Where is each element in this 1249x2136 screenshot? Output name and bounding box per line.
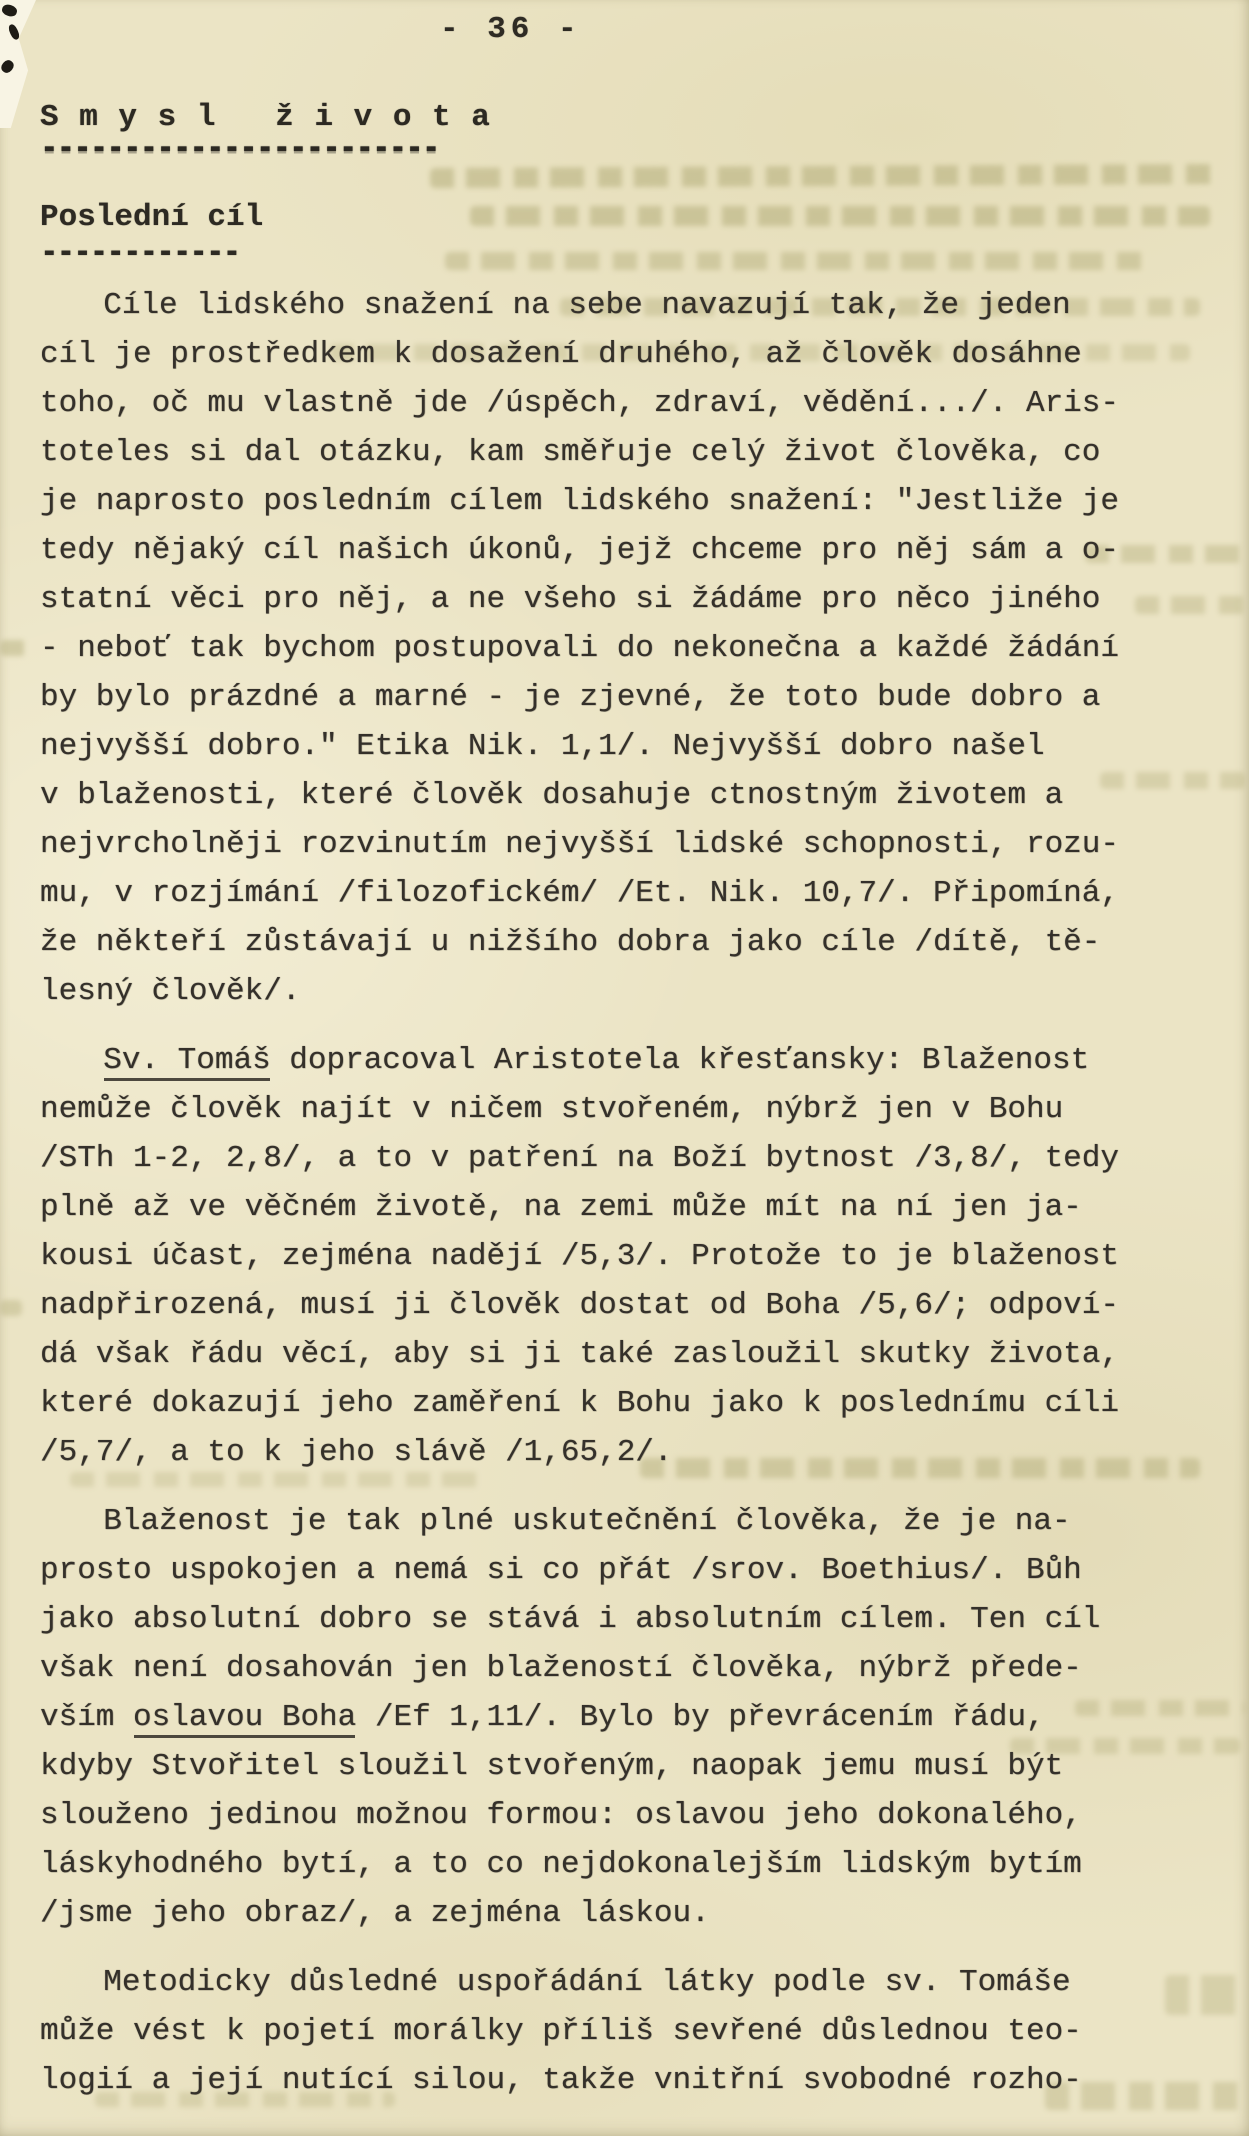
paragraph: Metodicky důsledné uspořádání látky podl…: [40, 1958, 1210, 2105]
text-segment: - neboť tak bychom postupovali do nekone…: [40, 631, 1119, 666]
text-line: kousi účast, zejména nadějí /5,3/. Proto…: [40, 1232, 1210, 1281]
text-segment: láskyhodného bytí, a to co nejdokonalejš…: [40, 1847, 1082, 1882]
text-line: nemůže člověk najít v ničem stvořeném, n…: [40, 1085, 1210, 1134]
bleed-through-mark: [445, 252, 1145, 270]
text-segment: vším: [40, 1700, 133, 1735]
text-segment: plně až ve věčném životě, na zemi může m…: [40, 1190, 1082, 1225]
text-segment: kousi účast, zejména nadějí /5,3/. Proto…: [40, 1239, 1119, 1274]
bleed-through-mark: [470, 206, 1210, 226]
text-segment: v blaženosti, které člověk dosahuje ctno…: [40, 778, 1063, 813]
document-page: - 36 - S m y s l ž i v o t a -----------…: [0, 0, 1249, 2136]
text-line: plně až ve věčném životě, na zemi může m…: [40, 1183, 1210, 1232]
text-line: logií a její nutící silou, takže vnitřní…: [40, 2056, 1210, 2105]
text-line: /STh 1-2, 2,8/, a to v patření na Boží b…: [40, 1134, 1210, 1183]
text-segment: toho, oč mu vlastně jde /úspěch, zdraví,…: [40, 386, 1119, 421]
text-line: v blaženosti, které člověk dosahuje ctno…: [40, 771, 1210, 820]
text-segment: /STh 1-2, 2,8/, a to v patření na Boží b…: [40, 1141, 1119, 1176]
text-segment: jako absolutní dobro se stává i absolutn…: [40, 1602, 1100, 1637]
chapter-title-underline: ------------------------: [40, 128, 438, 172]
text-line: /5,7/, a to k jeho slávě /1,65,2/.: [40, 1428, 1210, 1477]
text-segment: slouženo jedinou možnou formou: oslavou …: [40, 1798, 1082, 1833]
text-line: je naprosto posledním cílem lidského sna…: [40, 477, 1210, 526]
text-segment: však není dosahován jen blažeností člově…: [40, 1651, 1082, 1686]
bleed-through-mark: [0, 640, 26, 656]
text-segment: dopracoval Aristotela křesťansky: Blažen…: [271, 1043, 1090, 1078]
text-segment: nejvrcholněji rozvinutím nejvyšší lidské…: [40, 827, 1119, 862]
text-segment: nadpřirozená, musí ji člověk dostat od B…: [40, 1288, 1119, 1323]
text-line: nejvyšší dobro." Etika Nik. 1,1/. Nejvyš…: [40, 722, 1210, 771]
paragraph: Blaženost je tak plné uskutečnění člověk…: [40, 1497, 1210, 1938]
text-segment: Blaženost je tak plné uskutečnění člověk…: [103, 1504, 1070, 1539]
text-segment: tedy nějaký cíl našich úkonů, jejž chcem…: [40, 533, 1119, 568]
text-segment: toteles si dal otázku, kam směřuje celý …: [40, 435, 1100, 470]
text-line: - neboť tak bychom postupovali do nekone…: [40, 624, 1210, 673]
text-line: statní věci pro něj, a ne všeho si žádám…: [40, 575, 1210, 624]
text-segment: Metodicky důsledné uspořádání látky podl…: [103, 1965, 1070, 2000]
paragraph: Sv. Tomáš dopracoval Aristotela křesťans…: [40, 1036, 1210, 1477]
text-line: Blaženost je tak plné uskutečnění člověk…: [40, 1497, 1210, 1546]
text-line: láskyhodného bytí, a to co nejdokonalejš…: [40, 1840, 1210, 1889]
text-segment: logií a její nutící silou, takže vnitřní…: [40, 2063, 1082, 2098]
bleed-through-mark: [0, 1300, 22, 1316]
text-segment: může vést k pojetí morálky příliš sevřen…: [40, 2014, 1082, 2049]
section-heading: Poslední cíl: [40, 200, 263, 235]
text-line: toteles si dal otázku, kam směřuje celý …: [40, 428, 1210, 477]
section-heading-underline: ------------: [40, 233, 239, 275]
text-segment: které dokazují jeho zaměření k Bohu jako…: [40, 1386, 1119, 1421]
text-segment: nejvyšší dobro." Etika Nik. 1,1/. Nejvyš…: [40, 729, 1045, 764]
text-segment: lesný člověk/.: [40, 974, 300, 1009]
text-line: že někteří zůstávají u nižšího dobra jak…: [40, 918, 1210, 967]
text-segment: /Ef 1,11/. Bylo by převrácením řádu,: [356, 1700, 1044, 1735]
text-line: lesný člověk/.: [40, 967, 1210, 1016]
text-line: dá však řádu věcí, aby si ji také zaslou…: [40, 1330, 1210, 1379]
bleed-through-mark: [430, 164, 1220, 188]
text-line: které dokazují jeho zaměření k Bohu jako…: [40, 1379, 1210, 1428]
underlined-phrase: Sv. Tomáš: [103, 1043, 270, 1078]
text-line: jako absolutní dobro se stává i absolutn…: [40, 1595, 1210, 1644]
text-segment: statní věci pro něj, a ne všeho si žádám…: [40, 582, 1100, 617]
text-line: toho, oč mu vlastně jde /úspěch, zdraví,…: [40, 379, 1210, 428]
text-line: nadpřirozená, musí ji člověk dostat od B…: [40, 1281, 1210, 1330]
text-line: by bylo prázdné a marné - je zjevné, že …: [40, 673, 1210, 722]
text-line: nejvrcholněji rozvinutím nejvyšší lidské…: [40, 820, 1210, 869]
underlined-phrase: oslavou Boha: [133, 1700, 356, 1735]
text-segment: /jsme jeho obraz/, a zejména láskou.: [40, 1896, 710, 1931]
text-segment: prosto uspokojen a nemá si co přát /srov…: [40, 1553, 1082, 1588]
text-segment: dá však řádu věcí, aby si ji také zaslou…: [40, 1337, 1119, 1372]
text-line: mu, v rozjímání /filozofickém/ /Et. Nik.…: [40, 869, 1210, 918]
text-line: Metodicky důsledné uspořádání látky podl…: [40, 1958, 1210, 2007]
text-line: však není dosahován jen blažeností člově…: [40, 1644, 1210, 1693]
text-line: slouženo jedinou možnou formou: oslavou …: [40, 1791, 1210, 1840]
text-segment: nemůže člověk najít v ničem stvořeném, n…: [40, 1092, 1063, 1127]
text-segment: by bylo prázdné a marné - je zjevné, že …: [40, 680, 1100, 715]
text-line: cíl je prostředkem k dosažení druhého, a…: [40, 330, 1210, 379]
text-segment: kdyby Stvořitel sloužil stvořeným, naopa…: [40, 1749, 1063, 1784]
text-line: /jsme jeho obraz/, a zejména láskou.: [40, 1889, 1210, 1938]
paragraph: Cíle lidského snažení na sebe navazují t…: [40, 281, 1210, 1016]
text-segment: mu, v rozjímání /filozofickém/ /Et. Nik.…: [40, 876, 1119, 911]
text-line: Sv. Tomáš dopracoval Aristotela křesťans…: [40, 1036, 1210, 1085]
text-segment: cíl je prostředkem k dosažení druhého, a…: [40, 337, 1082, 372]
text-line: prosto uspokojen a nemá si co přát /srov…: [40, 1546, 1210, 1595]
text-segment: Cíle lidského snažení na sebe navazují t…: [103, 288, 1070, 323]
text-segment: že někteří zůstávají u nižšího dobra jak…: [40, 925, 1100, 960]
page-number: - 36 -: [440, 12, 582, 47]
text-line: může vést k pojetí morálky příliš sevřen…: [40, 2007, 1210, 2056]
text-segment: /5,7/, a to k jeho slávě /1,65,2/.: [40, 1435, 673, 1470]
text-line: kdyby Stvořitel sloužil stvořeným, naopa…: [40, 1742, 1210, 1791]
text-line: vším oslavou Boha /Ef 1,11/. Bylo by pře…: [40, 1693, 1210, 1742]
text-line: Cíle lidského snažení na sebe navazují t…: [40, 281, 1210, 330]
text-line: tedy nějaký cíl našich úkonů, jejž chcem…: [40, 526, 1210, 575]
body-text: Cíle lidského snažení na sebe navazují t…: [40, 281, 1210, 2105]
text-segment: je naprosto posledním cílem lidského sna…: [40, 484, 1119, 519]
